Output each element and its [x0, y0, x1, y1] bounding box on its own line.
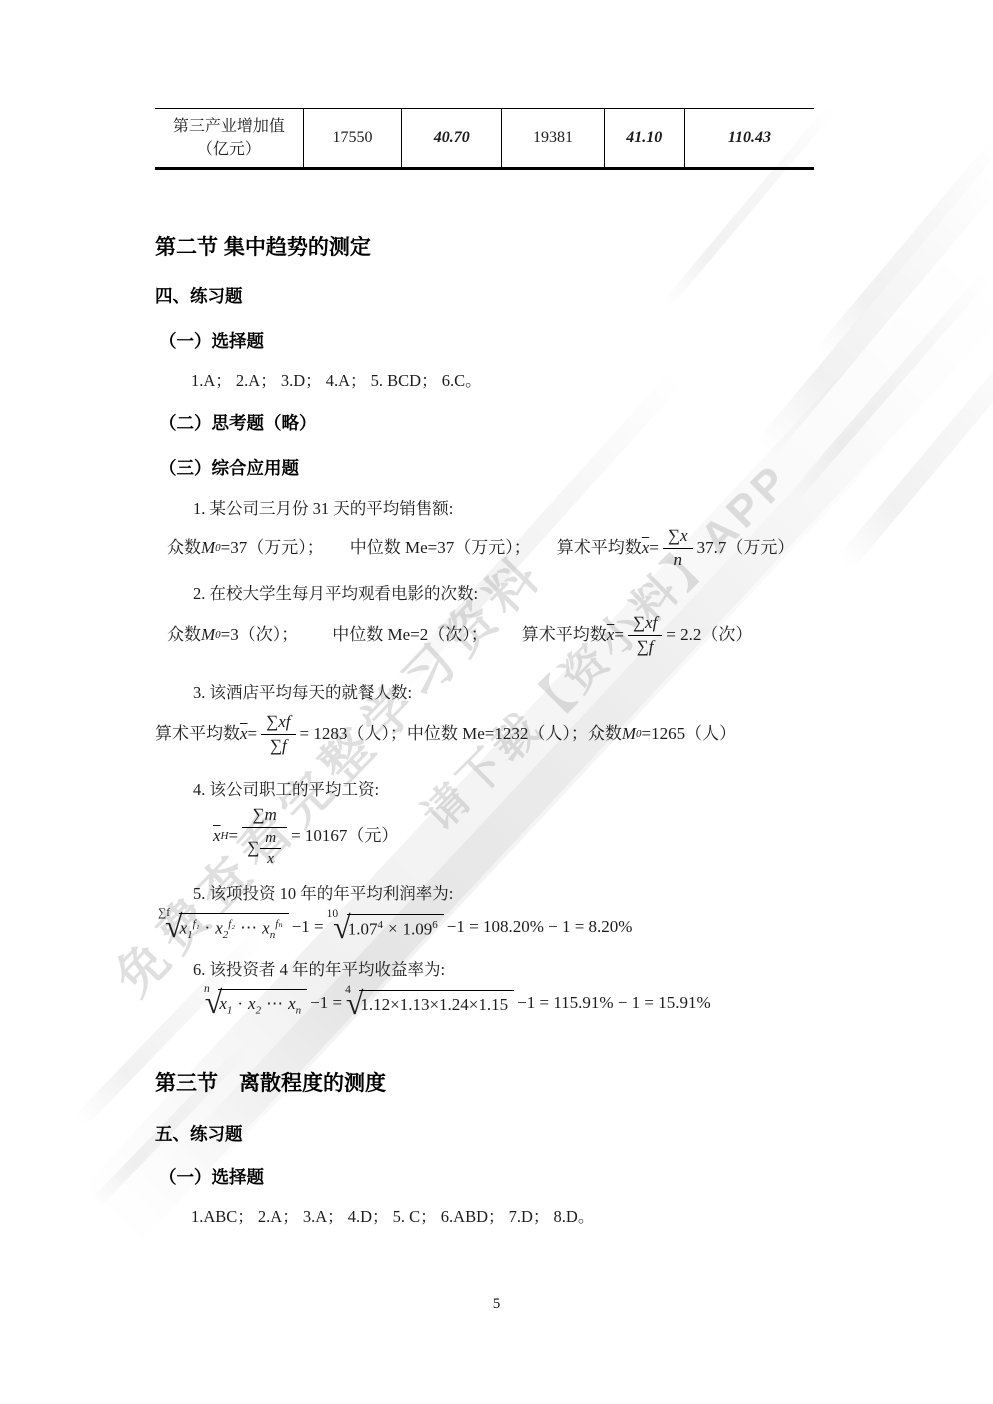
fraction: ∑xf∑f — [261, 712, 295, 756]
formula-3: 算术平均数 x = ∑xf∑f = 1283（人）；中位数 Me=1232（人）… — [155, 712, 845, 756]
denominator: ∑f — [270, 736, 287, 756]
question-5-title: 5. 该项投资 10 年的年平均利润率为: — [193, 882, 845, 905]
dot-operator: · — [205, 918, 211, 937]
subscript: n — [296, 1004, 302, 1016]
cdots: ⋯ — [266, 994, 283, 1013]
fraction: ∑xn — [663, 526, 693, 570]
variable-xbar: x — [213, 825, 221, 847]
dot-operator: · — [237, 994, 243, 1013]
radicand: 1.12×1.13×1.24×1.15 — [359, 990, 514, 1016]
formula-text: −1 = — [292, 916, 324, 938]
radical-index: 4 — [345, 983, 351, 998]
variable-M: M — [201, 537, 215, 559]
exponent: 6 — [432, 919, 438, 931]
formula-text: −1 = 115.91% − 1 = 15.91% — [517, 992, 711, 1014]
numerator: ∑xf — [266, 712, 290, 731]
formula-text: =37（万元）； — [221, 537, 324, 559]
variable-M: M — [622, 723, 636, 745]
subscript: 1 — [227, 1004, 233, 1016]
table-row-label-line2: （亿元） — [197, 138, 261, 161]
denominator: x — [267, 850, 274, 868]
table-row-label-line1: 第三产业增加值 — [173, 115, 285, 138]
formula-5: ∑f√x1f₁·x2f₂⋯xnfₙ −1 = 10√1.074×1.096 −1… — [155, 913, 845, 942]
subscript-H: H — [221, 829, 229, 843]
numerator: m — [265, 830, 276, 846]
table-row-tertiary-industry: 第三产业增加值 （亿元） 17550 40.70 19381 41.10 110… — [155, 108, 814, 170]
formula-text: 37.7（万元） — [697, 537, 795, 559]
denominator: ∑f — [637, 637, 654, 657]
table-row-label: 第三产业增加值 （亿元） — [155, 109, 303, 167]
exponent: fₙ — [275, 918, 283, 930]
equals: = — [229, 825, 239, 847]
section-heading-2: 第二节 集中趋势的测定 — [155, 234, 845, 261]
formula-text: = 1283（人）；中位数 Me=1232（人）；众数 — [300, 723, 622, 745]
equals: = — [614, 624, 624, 646]
variable-x: x — [288, 994, 296, 1013]
radical-index: ∑f — [158, 906, 170, 921]
nested-fraction: mx — [260, 829, 281, 868]
page-number: 5 — [0, 1296, 993, 1313]
question-2-title: 2. 在校大学生每月平均观看电影的次数: — [193, 582, 845, 605]
exponent: f₂ — [228, 918, 235, 930]
formula-1: 众数 M0=37（万元）； 中位数 Me=37（万元）； 算术平均数 x = ∑… — [167, 526, 845, 570]
formula-text: 众数 — [167, 537, 201, 559]
equals: = — [649, 537, 659, 559]
document-page: 第三产业增加值 （亿元） 17550 40.70 19381 41.10 110… — [0, 0, 993, 1404]
table-cell: 40.70 — [401, 109, 501, 167]
variable-xbar: x — [607, 624, 615, 646]
radical-index: 10 — [327, 907, 339, 922]
formula-text: 众数 — [167, 624, 201, 646]
cdots: ⋯ — [240, 918, 257, 937]
think-questions-heading: （二）思考题（略） — [159, 412, 845, 435]
choice-questions-heading: （一）选择题 — [159, 1166, 845, 1189]
table-cell: 19381 — [501, 109, 603, 167]
exponent: 4 — [377, 919, 383, 931]
formula-text: = 10167（元） — [291, 825, 398, 847]
formula-2: 众数 M0=3（次）； 中位数 Me=2（次）； 算术平均数 x = ∑xf∑f… — [167, 613, 845, 657]
radical: 10√1.074×1.096 — [327, 914, 444, 941]
sigma: ∑ — [247, 838, 259, 858]
question-3-title: 3. 该酒店平均每天的就餐人数: — [193, 681, 845, 704]
exponent: f₁ — [193, 918, 200, 930]
formula-text: 算术平均数 — [155, 723, 240, 745]
formula-text: = 2.2（次） — [666, 624, 752, 646]
exercises-heading-4: 四、练习题 — [155, 285, 845, 308]
fraction: ∑xf∑f — [628, 613, 662, 657]
radicand: x1·x2⋯xn — [218, 989, 307, 1018]
question-1-title: 1. 某公司三月份 31 天的平均销售额: — [193, 497, 845, 520]
formula-text: 中位数 Me=37（万元）； — [350, 537, 531, 559]
exercises-heading-5: 五、练习题 — [155, 1123, 845, 1146]
subscript: n — [270, 929, 276, 941]
numerator: ∑m — [252, 805, 276, 824]
variable-x: x — [248, 994, 256, 1013]
table-cell: 110.43 — [684, 109, 814, 167]
times-operator: × — [388, 919, 398, 938]
formula-6: n√x1·x2⋯xn −1 = 4√1.12×1.13×1.24×1.15 −1… — [201, 989, 845, 1018]
variable-x: x — [180, 918, 188, 937]
variable-xbar: x — [240, 723, 248, 745]
numerator: ∑x — [668, 526, 688, 545]
radical: n√x1·x2⋯xn — [204, 989, 307, 1018]
formula-4: xH = ∑m ∑ mx = 10167（元） — [213, 805, 845, 867]
variable-x: x — [219, 994, 227, 1013]
variable-xbar: x — [642, 537, 650, 559]
radical: ∑f√x1f₁·x2f₂⋯xnfₙ — [158, 913, 289, 942]
formula-text: =1265（人） — [642, 723, 737, 745]
radical: 4√1.12×1.13×1.24×1.15 — [345, 990, 514, 1017]
choice-answers-line: 1.ABC； 2.A； 3.A； 4.D； 5. C； 6.ABD； 7.D； … — [191, 1205, 845, 1228]
number: 1.07 — [348, 919, 378, 938]
formula-text: 算术平均数 — [522, 624, 607, 646]
radicand: x1f₁·x2f₂⋯xnfₙ — [179, 913, 289, 942]
choice-answers-line: 1.A； 2.A； 3.D； 4.A； 5. BCD； 6.C。 — [191, 369, 845, 392]
formula-text: 中位数 Me=2（次）； — [332, 624, 488, 646]
question-6-title: 6. 该投资者 4 年的年平均收益率为: — [193, 958, 845, 981]
table-cell: 41.10 — [604, 109, 684, 167]
equals: = — [248, 723, 258, 745]
radicand: 1.074×1.096 — [347, 914, 444, 941]
subscript: 1 — [187, 929, 193, 941]
formula-text: −1 = — [310, 992, 342, 1014]
subscript: 2 — [256, 1004, 262, 1016]
variable-x: x — [215, 918, 223, 937]
numerator: ∑xf — [633, 613, 657, 632]
variable-x: x — [262, 918, 270, 937]
denominator: n — [673, 550, 682, 570]
choice-questions-heading: （一）选择题 — [159, 330, 845, 353]
variable-M: M — [201, 624, 215, 646]
number: 1.09 — [403, 919, 433, 938]
subscript: 2 — [223, 929, 229, 941]
fraction: ∑m ∑ mx — [242, 805, 287, 867]
formula-text: 算术平均数 — [557, 537, 642, 559]
table-cell: 17550 — [303, 109, 401, 167]
question-4-title: 4. 该公司职工的平均工资: — [193, 778, 845, 801]
formula-text: −1 = 108.20% − 1 = 8.20% — [447, 916, 633, 938]
radical-index: n — [204, 982, 210, 997]
formula-text: =3（次）； — [221, 624, 299, 646]
section-heading-3: 第三节 离散程度的测度 — [155, 1070, 845, 1097]
applied-questions-heading: （三）综合应用题 — [159, 457, 845, 480]
